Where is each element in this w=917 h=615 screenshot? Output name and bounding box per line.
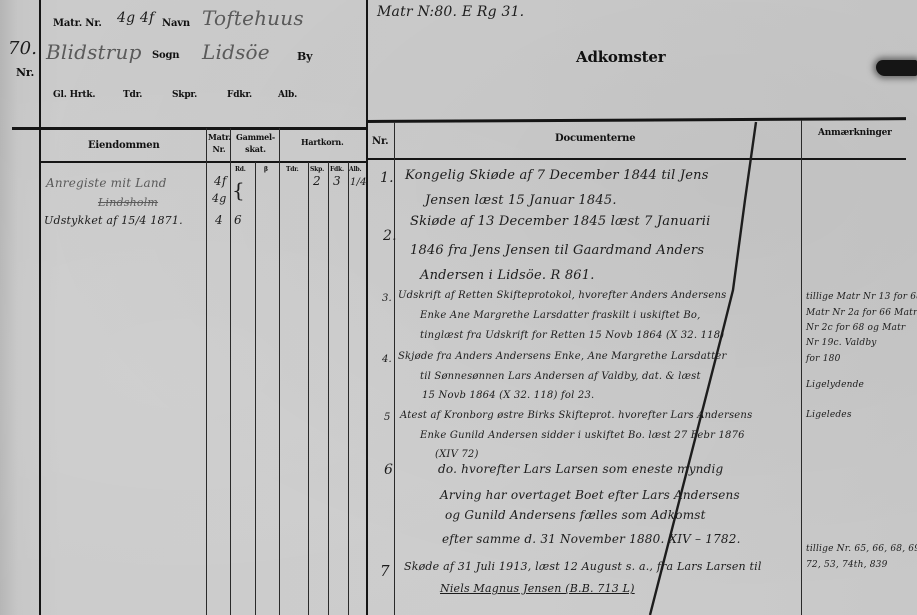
entry6-line1: do. hvorefter Lars Larsen som eneste myn… bbox=[438, 462, 723, 476]
ink-blot bbox=[876, 60, 917, 76]
entry5-line2: Enke Gunild Andersen sidder i uskiftet B… bbox=[420, 430, 745, 441]
row2-eiendommen: Udstykket af 15/4 1871. bbox=[44, 214, 183, 227]
col-rule-fdk bbox=[328, 162, 329, 615]
entry2-line1: Skiøde af 13 December 1845 læst 7 Januar… bbox=[410, 214, 710, 229]
col-gammel-skat: Gammel-skat. bbox=[232, 131, 279, 155]
gutter-rule bbox=[39, 0, 41, 615]
sub-skp: Skp. bbox=[310, 166, 324, 173]
sub-tdr: Tdr. bbox=[286, 166, 299, 173]
col-hartkorn: Hartkorn. bbox=[301, 137, 344, 147]
entry3-line3: tinglæst fra Udskrift for Retten 15 Novb… bbox=[420, 330, 724, 341]
entry-number: 70. bbox=[8, 38, 37, 59]
sogn-label: Sogn bbox=[152, 50, 179, 61]
note4: Ligelydende bbox=[806, 380, 864, 390]
note3-line1: tillige Matr Nr 13 for 68, bbox=[806, 292, 917, 302]
entry4-nr: 4. bbox=[382, 354, 392, 365]
entry3-line1: Udskrift af Retten Skifteprotokol, hvore… bbox=[398, 290, 726, 301]
col-rule-hartkorn bbox=[279, 128, 280, 615]
entry4-line2: til Sønnesønnen Lars Andersen af Valdby,… bbox=[420, 371, 701, 382]
row1-alb: 1/4 bbox=[350, 177, 367, 188]
row2-matr-nr: 4 bbox=[215, 213, 223, 227]
entry5-nr: 5 bbox=[384, 412, 391, 423]
entry7-nr: 7 bbox=[380, 562, 390, 580]
col-rule-skp bbox=[308, 162, 309, 615]
col-rule-nr bbox=[394, 122, 395, 615]
col-rule-anm bbox=[801, 120, 802, 615]
header-rule-right bbox=[366, 117, 906, 123]
sub-b: β bbox=[264, 166, 268, 173]
col-rule-matr bbox=[206, 128, 207, 615]
entry1-line1: Kongelig Skiøde af 7 December 1844 til J… bbox=[405, 168, 709, 183]
col-nr: Nr. bbox=[372, 136, 388, 147]
col-documenterne: Documenterne bbox=[555, 133, 635, 144]
entry2-line2: 1846 fra Jens Jensen til Gaardmand Ander… bbox=[410, 243, 704, 258]
entry6-line2: Arving har overtaget Boet efter Lars And… bbox=[440, 488, 740, 502]
entry6-nr: 6 bbox=[384, 462, 393, 478]
row1-brace: { bbox=[232, 178, 245, 202]
entry7-line2: Niels Magnus Jensen (B.B. 713 L) bbox=[440, 582, 635, 595]
note3-line4: Nr 19c. Valdby bbox=[806, 338, 877, 348]
alb-label: Alb. bbox=[278, 90, 297, 100]
entry4-line1: Skjøde fra Anders Andersens Enke, Ane Ma… bbox=[398, 351, 726, 362]
header-rule-left bbox=[12, 127, 367, 130]
entry6-line3: og Gunild Andersens fælles som Adkomst bbox=[445, 508, 706, 522]
entry7-line1: Skøde af 31 Juli 1913, læst 12 August s.… bbox=[404, 560, 762, 573]
entry5-line1: Atest af Kronborg østre Birks Skifteprot… bbox=[400, 410, 752, 421]
col-eiendommen: Eiendommen bbox=[88, 140, 160, 151]
matr-nr-label: Matr. Nr. bbox=[53, 18, 102, 29]
note3-line3: Nr 2c for 68 og Matr bbox=[806, 323, 905, 333]
entry3-nr: 3. bbox=[382, 293, 392, 304]
note7-line1: tillige Nr. 65, 66, 68, 69 bbox=[806, 544, 917, 554]
row1-matr-nr: 4f bbox=[214, 174, 226, 188]
handwritten-reference: Matr N:80. E Rg 31. bbox=[377, 4, 524, 20]
entry5-line3: (XIV 72) bbox=[435, 449, 479, 460]
gl-hrtk-label: Gl. Hrtk. bbox=[53, 90, 95, 100]
entry3-line2: Enke Ane Margrethe Larsdatter fraskilt i… bbox=[420, 310, 701, 321]
col-matr-nr: Matr. Nr. bbox=[208, 131, 230, 155]
row1-fdk: 3 bbox=[333, 174, 341, 188]
row2-gammel-rd: 6 bbox=[234, 213, 242, 227]
sub-rd: Rd. bbox=[235, 166, 246, 173]
row1-matr-nr-2: 4g bbox=[212, 192, 226, 205]
matr-nr-value: 4g 4f bbox=[117, 10, 154, 26]
col-anmaerkninger: Anmærkninger bbox=[818, 128, 892, 138]
by-label: By bbox=[297, 50, 312, 63]
entry6-line4: efter samme d. 31 November 1880. XIV – 1… bbox=[442, 532, 741, 546]
entry1-nr: 1. bbox=[380, 170, 394, 186]
col-rule-alb bbox=[348, 162, 349, 615]
row1-eiendommen-struck: Lindsholm bbox=[98, 196, 158, 209]
left-colhead-rule bbox=[40, 161, 367, 163]
navn-label: Navn bbox=[162, 18, 190, 29]
sogn-value: Blidstrup bbox=[46, 40, 142, 64]
col-rule-gammel-b bbox=[255, 162, 256, 615]
note3-line2: Matr Nr 2a for 66 Matr bbox=[806, 308, 917, 318]
entry4-line3: 15 Novb 1864 (X 32. 118) fol 23. bbox=[422, 390, 594, 401]
by-value: Lidsöe bbox=[202, 40, 270, 64]
note5: Ligeledes bbox=[806, 410, 852, 420]
entry1-line2: Jensen læst 15 Januar 1845. bbox=[425, 193, 617, 208]
section-title: Adkomster bbox=[576, 48, 665, 66]
sub-alb: Alb. bbox=[349, 166, 361, 173]
right-colhead-rule bbox=[366, 158, 906, 160]
note3-line5: for 180 bbox=[806, 354, 841, 364]
entry2-nr: 2. bbox=[383, 228, 397, 244]
tdr-label: Tdr. bbox=[123, 90, 142, 100]
navn-value: Toftehuus bbox=[202, 6, 304, 30]
register-page: 70. Nr. Matr. Nr. 4g 4f Navn Toftehuus B… bbox=[0, 0, 917, 615]
entry2-line3: Andersen i Lidsöe. R 861. bbox=[420, 268, 595, 283]
skpr-label: Skpr. bbox=[172, 90, 197, 100]
center-rule bbox=[366, 0, 368, 615]
note7-line2: 72, 53, 74th, 839 bbox=[806, 560, 888, 570]
fdkr-label: Fdkr. bbox=[227, 90, 252, 100]
entry-number-label: Nr. bbox=[16, 66, 34, 79]
row1-skp: 2 bbox=[313, 174, 321, 188]
row1-eiendommen: Anregiste mit Land bbox=[46, 176, 167, 190]
sub-fdk: Fdk. bbox=[330, 166, 344, 173]
